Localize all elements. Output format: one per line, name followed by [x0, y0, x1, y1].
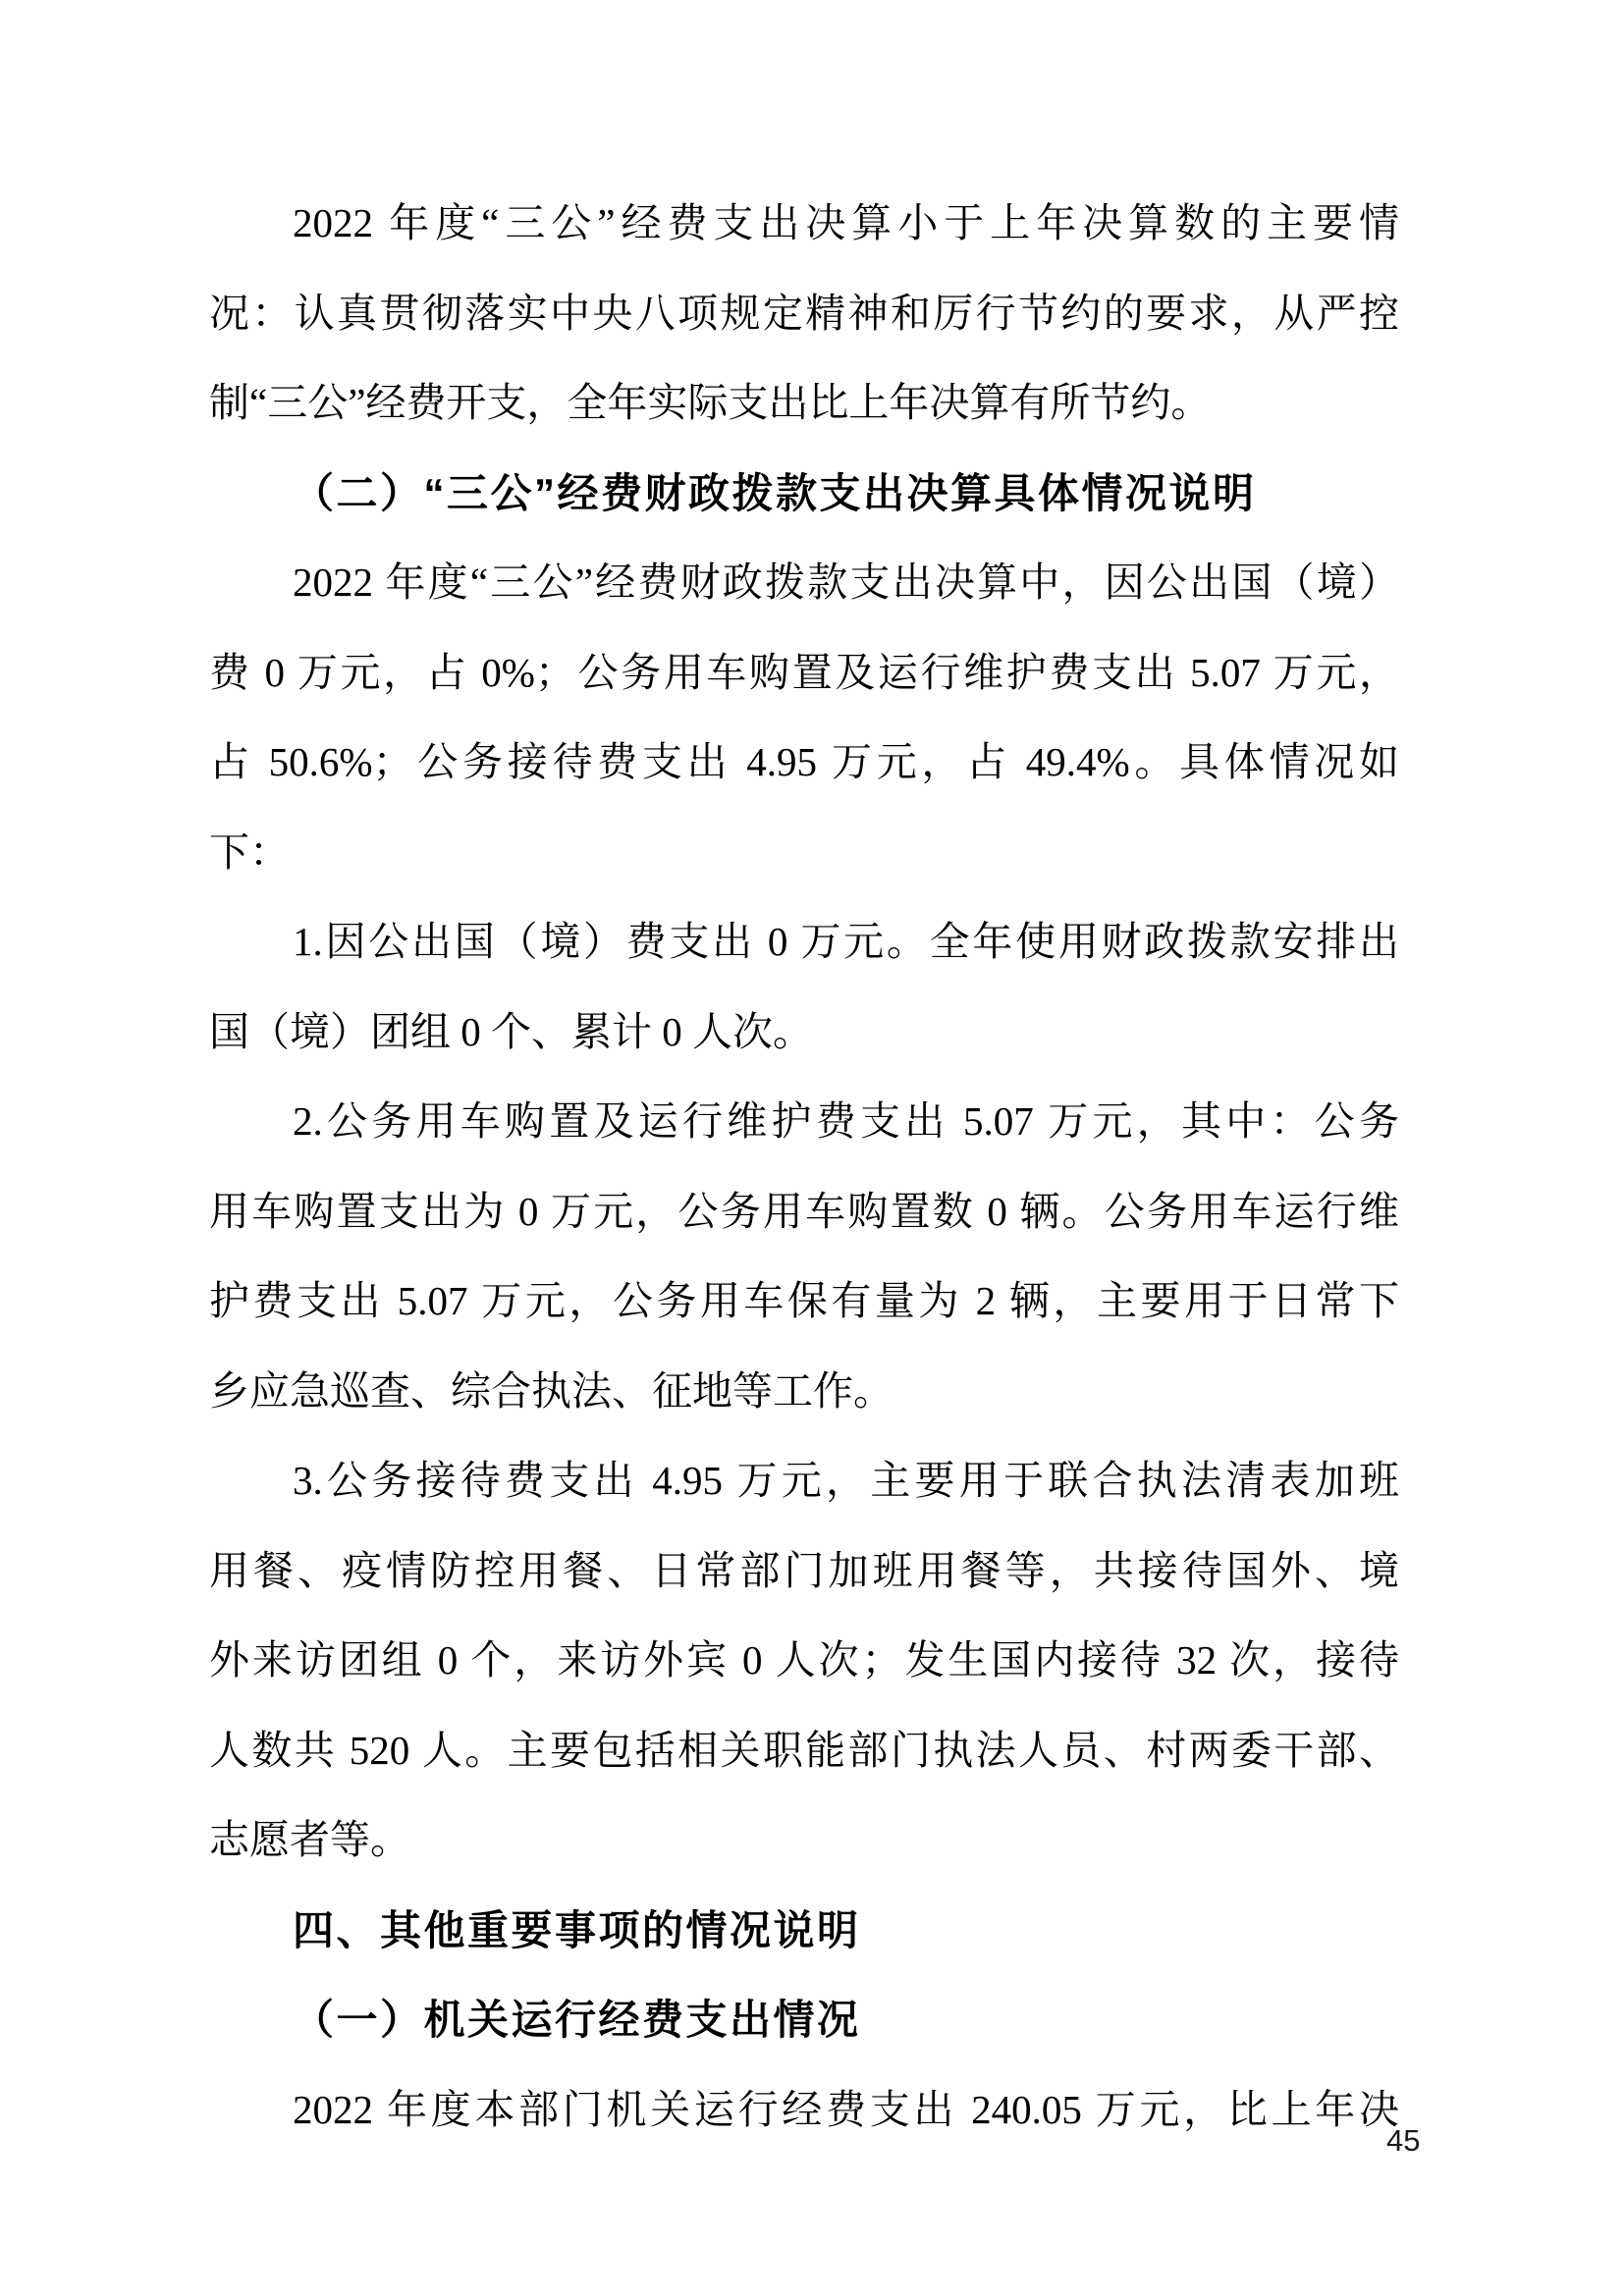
paragraph-item3-reception-expense: 3.公务接待费支出 4.95 万元，主要用于联合执法清表加班 用餐、疫情防控用餐…	[209, 1436, 1399, 1886]
section-heading-one-operating-funds: （一）机关运行经费支出情况	[209, 1975, 1399, 2065]
text-line: 占 50.6%；公务接待费支出 4.95 万元，占 49.4%。具体情况如	[209, 718, 1399, 808]
heading-line: （二）“三公”经费财政拨款支出决算具体情况说明	[209, 449, 1399, 539]
text-line: 用车购置支出为 0 万元，公务用车购置数 0 辆。公务用车运行维	[209, 1167, 1399, 1257]
text-line: 3.公务接待费支出 4.95 万元，主要用于联合执法清表加班	[209, 1436, 1399, 1526]
section-heading-two: （二）“三公”经费财政拨款支出决算具体情况说明	[209, 449, 1399, 539]
text-content: 2022 年度“三公”经费支出决算小于上年决算数的主要情 况：认真贯彻落实中央八…	[209, 179, 1399, 2155]
heading-line: （一）机关运行经费支出情况	[209, 1975, 1399, 2065]
text-line: 国（境）团组 0 个、累计 0 人次。	[209, 988, 1399, 1078]
text-line: 制“三公”经费开支，全年实际支出比上年决算有所节约。	[209, 358, 1399, 449]
text-line: 用餐、疫情防控用餐、日常部门加班用餐等，共接待国外、境	[209, 1526, 1399, 1617]
text-line: 2022 年度“三公”经费支出决算小于上年决算数的主要情	[209, 179, 1399, 269]
text-line: 志愿者等。	[209, 1795, 1399, 1886]
text-line: 护费支出 5.07 万元，公务用车保有量为 2 辆，主要用于日常下	[209, 1256, 1399, 1347]
text-line: 费 0 万元，占 0%；公务用车购置及运行维护费支出 5.07 万元，	[209, 628, 1399, 719]
paragraph-fiscal-allocation-detail: 2022 年度“三公”经费财政拨款支出决算中，因公出国（境） 费 0 万元，占 …	[209, 538, 1399, 897]
page-number: 45	[1386, 2123, 1420, 2159]
text-line: 2022 年度本部门机关运行经费支出 240.05 万元，比上年决	[209, 2065, 1399, 2156]
section-heading-four: 四、其他重要事项的情况说明	[209, 1886, 1399, 1976]
text-line: 2022 年度“三公”经费财政拨款支出决算中，因公出国（境）	[209, 538, 1399, 628]
heading-line: 四、其他重要事项的情况说明	[209, 1886, 1399, 1976]
text-line: 2.公务用车购置及运行维护费支出 5.07 万元，其中：公务	[209, 1077, 1399, 1167]
text-line: 1.因公出国（境）费支出 0 万元。全年使用财政拨款安排出	[209, 897, 1399, 988]
paragraph-three-public-summary: 2022 年度“三公”经费支出决算小于上年决算数的主要情 况：认真贯彻落实中央八…	[209, 179, 1399, 449]
text-line: 外来访团组 0 个，来访外宾 0 人次；发生国内接待 32 次，接待	[209, 1616, 1399, 1706]
text-line: 下：	[209, 808, 1399, 898]
text-line: 人数共 520 人。主要包括相关职能部门执法人员、村两委干部、	[209, 1706, 1399, 1796]
text-line: 况：认真贯彻落实中央八项规定精神和厉行节约的要求，从严控	[209, 269, 1399, 359]
paragraph-operating-funds: 2022 年度本部门机关运行经费支出 240.05 万元，比上年决	[209, 2065, 1399, 2156]
document-page: 2022 年度“三公”经费支出决算小于上年决算数的主要情 况：认真贯彻落实中央八…	[0, 0, 1624, 2296]
text-line: 乡应急巡查、综合执法、征地等工作。	[209, 1347, 1399, 1437]
paragraph-item2-vehicle-expense: 2.公务用车购置及运行维护费支出 5.07 万元，其中：公务 用车购置支出为 0…	[209, 1077, 1399, 1436]
paragraph-item1-abroad-expense: 1.因公出国（境）费支出 0 万元。全年使用财政拨款安排出 国（境）团组 0 个…	[209, 897, 1399, 1077]
